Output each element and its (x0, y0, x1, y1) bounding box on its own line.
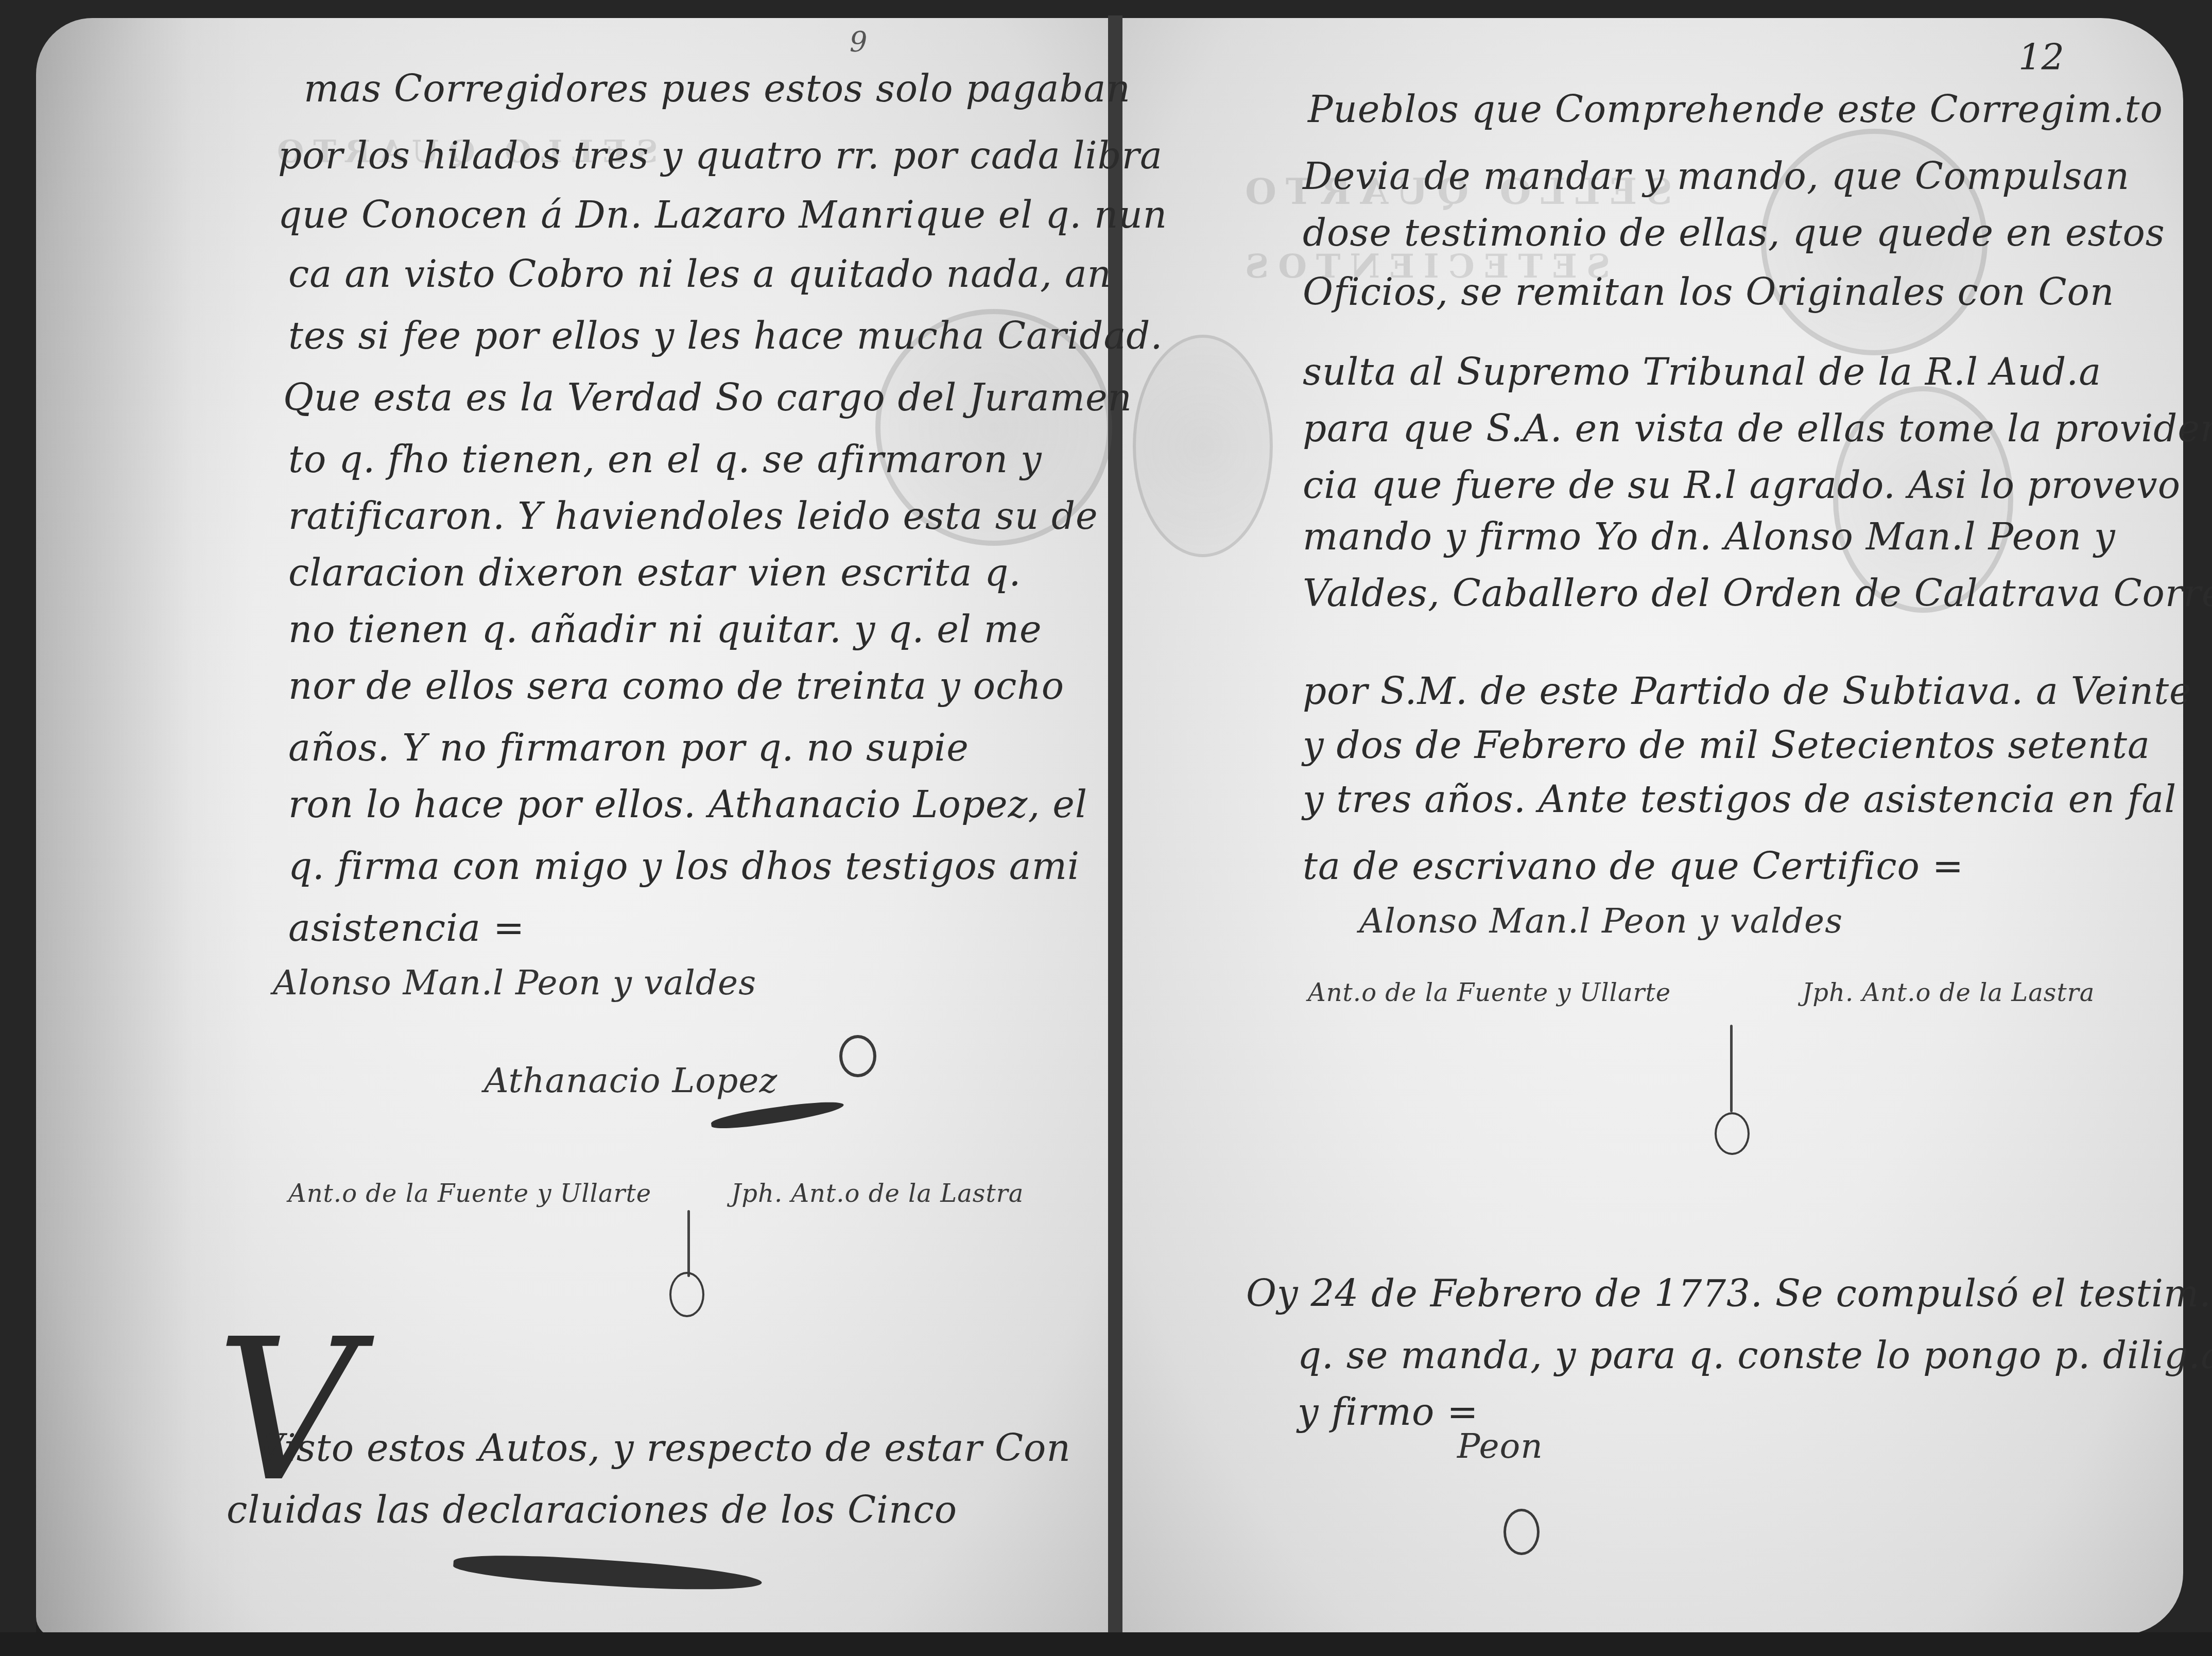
text-line: asistencia = (288, 906, 525, 950)
rubric-stroke (1730, 1025, 1733, 1112)
microfilm-frame: SELLO QUARTO SETECIENTOS SELLO QUARTO 9 … (0, 0, 2212, 1656)
text-line: ron lo hace por ellos. Athanacio Lopez, … (288, 783, 1087, 826)
signature-witness: Jph. Ant.o de la Lastra (1802, 978, 2095, 1007)
text-line: Que esta es la Verdad So cargo del Juram… (283, 376, 1132, 419)
text-line: cia que fuere de su R.l agrado. Asi lo p… (1303, 463, 2181, 507)
text-line: años. Y no firmaron por q. no supie (288, 726, 969, 769)
note-line: y firmo = (1298, 1390, 1479, 1434)
text-line: para que S.A. en vista de ellas tome la … (1303, 407, 2212, 450)
signature-magistrate: Alonso Man.l Peon y valdes (273, 963, 756, 1003)
text-line: dose testimonio de ellas, que quede en e… (1303, 211, 2165, 254)
text-line: que Conocen á Dn. Lazaro Manrique el q. … (278, 193, 1167, 236)
text-line: ca an visto Cobro ni les a quitado nada,… (288, 252, 1112, 296)
signature-witness: Athanacio Lopez (484, 1061, 777, 1100)
text-line: mas Corregidores pues estos solo pagaban (304, 67, 1131, 110)
decree-line: Visto estos Autos, y respecto de estar C… (257, 1426, 1071, 1470)
text-line: nor de ellos sera como de treinta y ocho (288, 664, 1064, 708)
frame-bottom-edge (0, 1632, 2212, 1656)
text-line: y dos de Febrero de mil Setecientos sete… (1303, 723, 2150, 767)
text-line: Devia de mandar y mando, que Compulsan (1303, 154, 2130, 198)
text-line: mando y firmo Yo dn. Alonso Man.l Peon y (1303, 515, 2116, 558)
corner-mark: 9 (850, 26, 868, 58)
text-line: tes si fee por ellos y les hace mucha Ca… (288, 314, 1163, 357)
text-line: Pueblos que Comprehende este Corregim.to (1308, 88, 2163, 131)
folio-number: 12 (2018, 36, 2064, 78)
text-line: Valdes, Caballero del Orden de Calatrava… (1303, 572, 2212, 615)
seal-stamp-right-edge (1133, 335, 1273, 557)
note-line: Oy 24 de Febrero de 1773. Se compulsó el… (1246, 1272, 2212, 1315)
text-line: claracion dixeron estar vien escrita q. (288, 551, 1021, 594)
signature-witness: Ant.o de la Fuente y Ullarte (1308, 978, 1671, 1007)
decree-initial: V (216, 1313, 357, 1509)
note-line: q. se manda, y para q. conste lo pongo p… (1298, 1334, 2212, 1377)
rubric-loop (1715, 1112, 1750, 1155)
rubric-flourish (839, 1035, 876, 1077)
text-line: y tres años. Ante testigos de asistencia… (1303, 778, 2176, 821)
decree-line: cluidas las declaraciones de los Cinco (227, 1488, 957, 1531)
rubric-stroke (687, 1210, 690, 1277)
text-line: to q. fho tienen, en el q. se afirmaron … (288, 438, 1042, 481)
note-signature: Peon (1457, 1426, 1543, 1466)
text-line: ratificaron. Y haviendoles leido esta su… (288, 494, 1098, 538)
text-line: no tienen q. añadir ni quitar. y q. el m… (288, 608, 1042, 651)
signature-witness: Ant.o de la Fuente y Ullarte (288, 1179, 651, 1208)
text-line: q. firma con migo y los dhos testigos am… (288, 844, 1080, 888)
text-line: por S.M. de este Partido de Subtiava. a … (1303, 669, 2192, 713)
text-line: Oficios, se remitan los Originales con C… (1303, 270, 2114, 314)
text-line: por los hilados tres y quatro rr. por ca… (278, 134, 1163, 177)
signature-magistrate: Alonso Man.l Peon y valdes (1359, 901, 1843, 941)
rubric-loop (1504, 1509, 1540, 1555)
text-line: sulta al Supremo Tribunal de la R.l Aud.… (1303, 350, 2101, 393)
rubric-loop (669, 1272, 704, 1317)
signature-witness: Jph. Ant.o de la Lastra (731, 1179, 1024, 1208)
text-line: ta de escrivano de que Certifico = (1303, 844, 1964, 888)
